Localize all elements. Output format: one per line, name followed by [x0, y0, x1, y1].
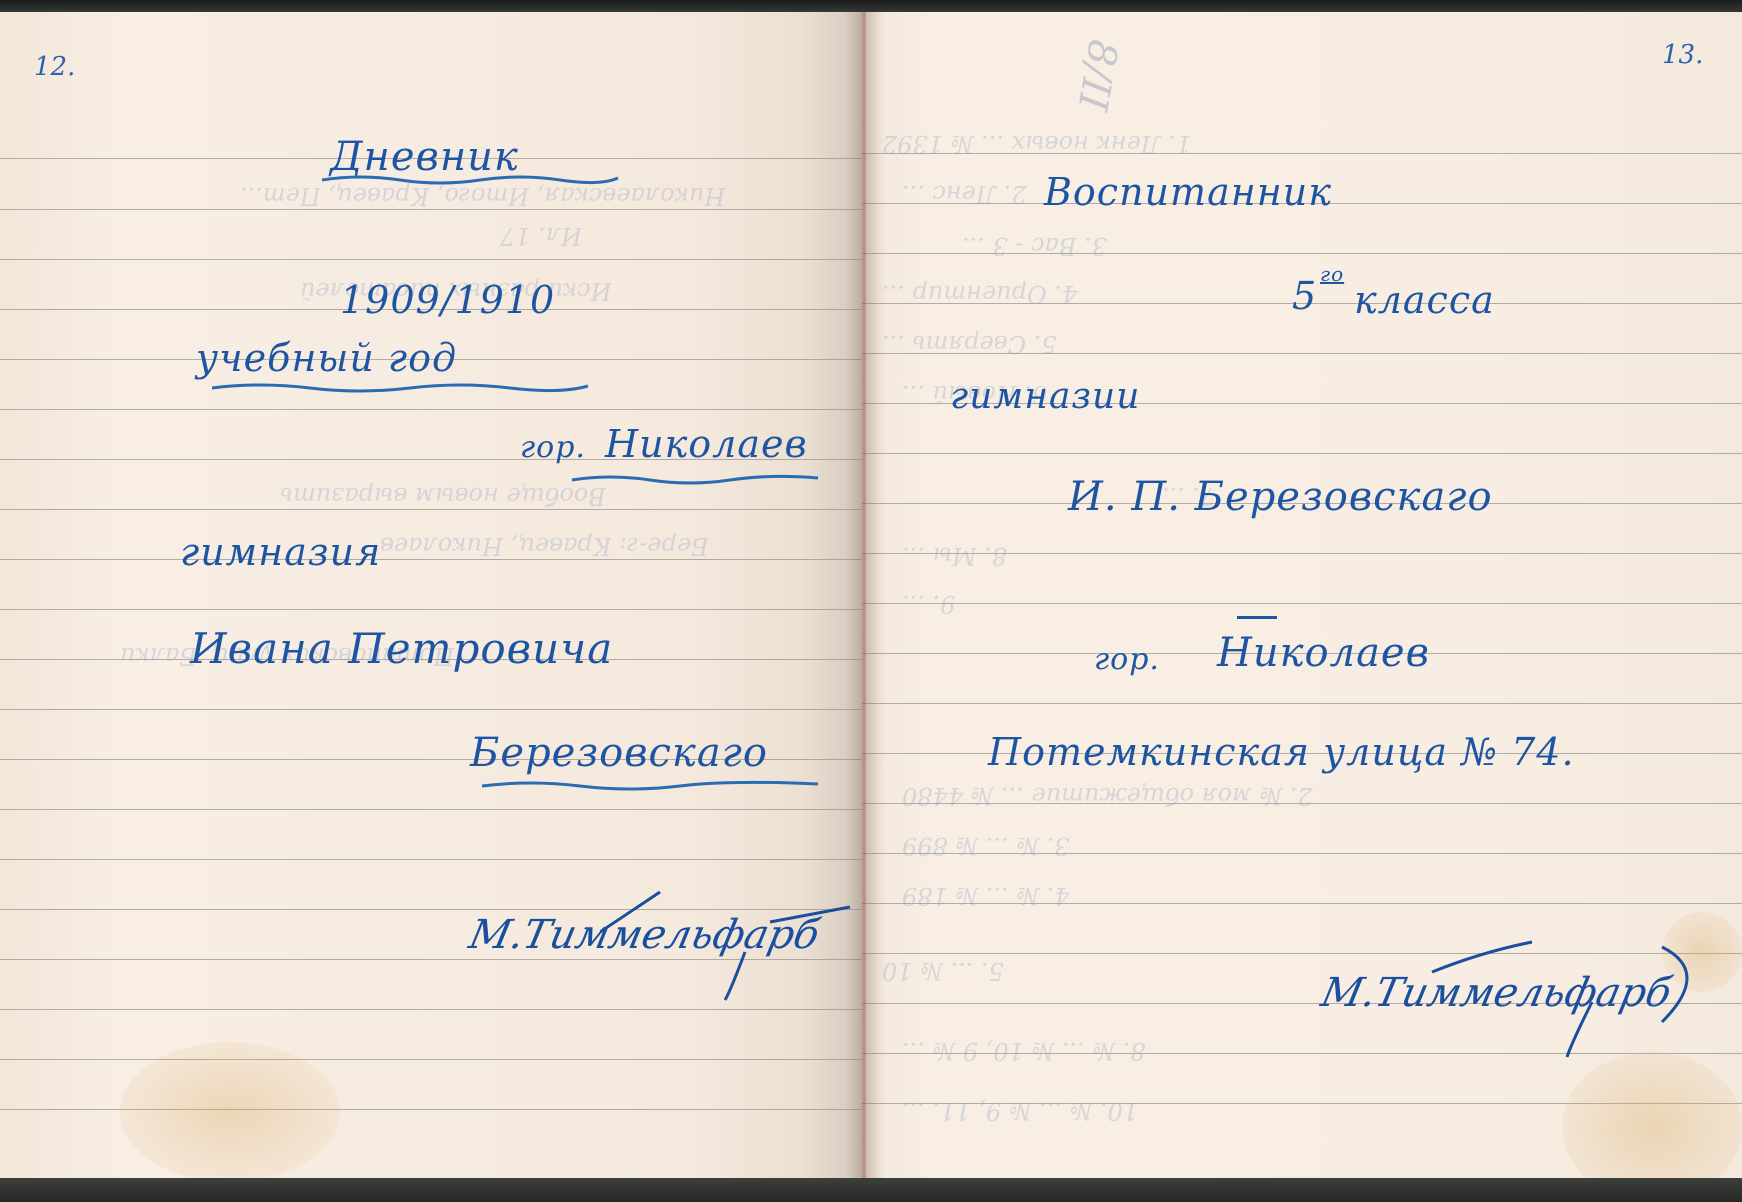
bleed-through-text: Вообще новым выразить	[280, 482, 606, 510]
city-name: Николаев	[1217, 630, 1430, 676]
class-suffix: го	[1320, 262, 1344, 286]
right-page: 1. Ленк новых ... № 1392 2. Ленс ... 3. …	[862, 12, 1742, 1180]
ruled-line	[0, 1059, 862, 1060]
city-name: Николаев	[605, 422, 808, 466]
founder-initials: И. П. Березовскаго	[1068, 474, 1493, 520]
bleed-through-text: 8. № ... № 10, 9 № ...	[902, 1037, 1146, 1065]
ruled-line	[0, 609, 862, 610]
institution-label: гимназии	[950, 376, 1140, 417]
ruled-line	[862, 453, 1742, 454]
signature-flourish	[1422, 932, 1722, 1062]
ruled-line	[0, 409, 862, 410]
founder-name-line1: Ивана Петровича	[190, 624, 613, 673]
bleed-through-text: Бере-г: Кравец, Николаев	[380, 532, 709, 560]
street-address: Потемкинская улица № 74.	[988, 730, 1575, 774]
school-year: 1909/1910	[340, 278, 555, 322]
bleed-through-text: 5. Сверять ...	[882, 330, 1057, 358]
bleed-through-text: 8. Мы ...	[902, 542, 1007, 570]
bleed-through-text: Николаевская, Итого, Кравец, Пет...	[240, 182, 725, 210]
bleed-through-text: 1. Ленк новых ... № 1392	[882, 130, 1191, 158]
city-underline	[570, 474, 820, 486]
bleed-through-text: 5. ... № 10	[882, 957, 1004, 985]
pencil-mark: 8/II	[1068, 36, 1126, 113]
bleed-through-text: Ил. 17	[500, 222, 582, 250]
founder-name-line2: Березовскаго	[470, 730, 768, 776]
founder-underline	[480, 780, 820, 792]
bleed-through-text: 10. № ... № 9, 11. ...	[902, 1097, 1138, 1125]
ruled-line	[0, 809, 862, 810]
overline-mark	[1237, 616, 1277, 619]
ruled-line	[0, 859, 862, 860]
ruled-line	[862, 603, 1742, 604]
school-year-underline	[210, 382, 590, 394]
ruled-line	[0, 259, 862, 260]
institution-label: гимназия	[180, 530, 381, 574]
class-number: 5	[1292, 274, 1317, 318]
ruled-line	[862, 703, 1742, 704]
page-number: 13.	[1662, 40, 1703, 70]
bleed-through-text: 3. Вас - 3 ...	[962, 232, 1107, 260]
bleed-through-text: 9. ...	[902, 590, 955, 618]
bleed-through-text: 2. № моя общежитие ... № 4480	[902, 782, 1313, 810]
left-page: Николаевская, Итого, Кравец, Пет... Ил. …	[0, 12, 862, 1180]
title-underline	[320, 174, 620, 186]
student-label: Воспитанник	[1044, 170, 1332, 214]
bleed-through-text: 4. № ... № 189	[902, 882, 1070, 910]
city-prefix: гор.	[1094, 642, 1160, 677]
class-label: класса	[1354, 278, 1495, 322]
bleed-through-text: 4. Ориентир ...	[882, 280, 1077, 308]
book-cover-bottom-edge	[0, 1178, 1742, 1202]
page-number: 12.	[34, 52, 75, 82]
ruled-line	[0, 1009, 862, 1010]
ruled-line	[0, 709, 862, 710]
school-year-label: учебный год	[196, 336, 457, 380]
signature-flourish	[600, 882, 860, 1002]
paper-stain	[1562, 1052, 1742, 1180]
paper-stain	[120, 1042, 340, 1180]
bleed-through-text: 2. Ленс ...	[902, 180, 1027, 208]
city-prefix: гор.	[520, 430, 586, 465]
bleed-through-text: 3. № ... № 899	[902, 832, 1070, 860]
